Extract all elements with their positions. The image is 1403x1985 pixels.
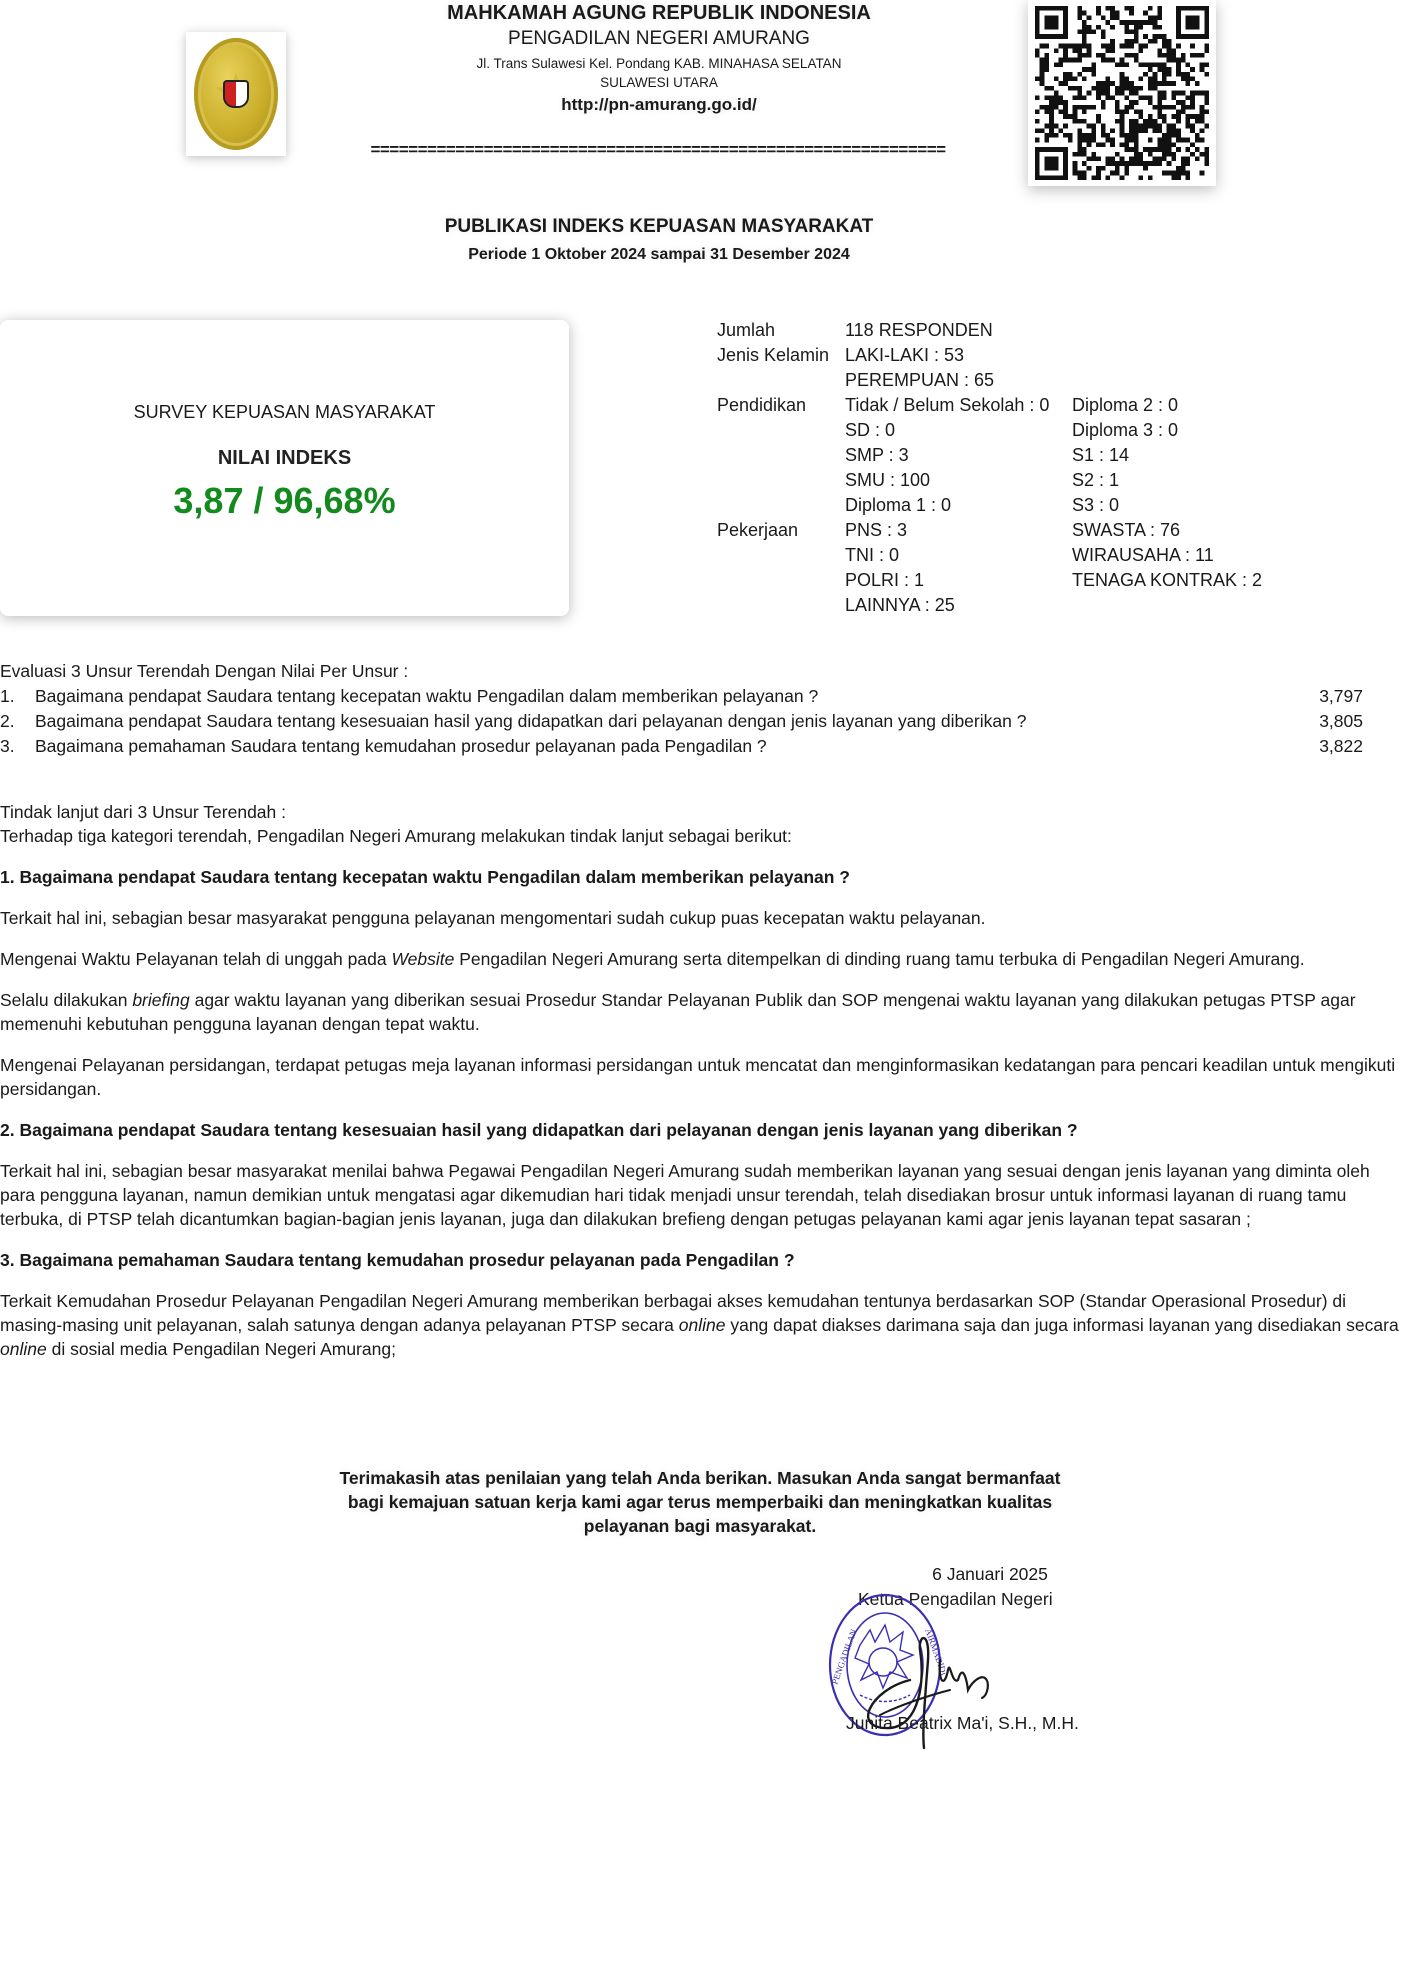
evaluation-heading: Evaluasi 3 Unsur Terendah Dengan Nilai P… <box>0 659 408 683</box>
page-period: Periode 1 Oktober 2024 sampai 31 Desembe… <box>300 246 1018 264</box>
education-label: Pendidikan <box>717 393 806 418</box>
institution-name: MAHKAMAH AGUNG REPUBLIK INDONESIA <box>300 0 1018 26</box>
education-item: Diploma 3 : 0 <box>1072 418 1178 443</box>
occupation-item: LAINNYA : 25 <box>845 593 955 618</box>
evaluation-question: Bagaimana pendapat Saudara tentang kecep… <box>35 684 818 708</box>
evaluation-number: 1. <box>0 684 15 708</box>
evaluation-score: 3,805 <box>1290 709 1363 733</box>
followup-section: Tindak lanjut dari 3 Unsur Terendah : Te… <box>0 800 1403 1361</box>
followup-paragraph: Terkait hal ini, sebagian besar masyarak… <box>0 906 1403 930</box>
court-name: PENGADILAN NEGERI AMURANG <box>300 27 1018 51</box>
index-value: 3,87 / 96,68% <box>0 480 569 522</box>
occupation-item: WIRAUSAHA : 11 <box>1072 543 1214 568</box>
gender-label: Jenis Kelamin <box>717 343 829 368</box>
occupation-item: POLRI : 1 <box>845 568 924 593</box>
education-item: S1 : 14 <box>1072 443 1129 468</box>
signer-name: Junita Beatrix Ma'i, S.H., M.H. <box>846 1713 1079 1734</box>
followup-paragraph: Selalu dilakukan briefing agar waktu lay… <box>0 988 1403 1036</box>
education-item: SD : 0 <box>845 418 895 443</box>
followup-question-2: 2. Bagaimana pendapat Saudara tentang ke… <box>0 1118 1403 1142</box>
occupation-item: TENAGA KONTRAK : 2 <box>1072 568 1262 593</box>
education-item: Diploma 1 : 0 <box>845 493 951 518</box>
index-label: NILAI INDEKS <box>0 447 569 470</box>
qr-code-icon <box>1028 0 1216 186</box>
mahkamah-agung-seal-icon <box>194 38 278 150</box>
court-logo <box>186 32 286 156</box>
evaluation-number: 2. <box>0 709 15 733</box>
address-line-1: Jl. Trans Sulawesi Kel. Pondang KAB. MIN… <box>300 55 1018 72</box>
education-item: Diploma 2 : 0 <box>1072 393 1178 418</box>
evaluation-question: Bagaimana pemahaman Saudara tentang kemu… <box>35 734 767 758</box>
survey-label: SURVEY KEPUASAN MASYARAKAT <box>0 402 569 423</box>
followup-question-3: 3. Bagaimana pemahaman Saudara tentang k… <box>0 1248 1403 1272</box>
occupation-label: Pekerjaan <box>717 518 798 543</box>
evaluation-number: 3. <box>0 734 15 758</box>
education-item: S3 : 0 <box>1072 493 1119 518</box>
total-label: Jumlah <box>717 318 775 343</box>
followup-intro: Terhadap tiga kategori terendah, Pengadi… <box>0 824 1403 848</box>
followup-paragraph: Terkait hal ini, sebagian besar masyarak… <box>0 1159 1403 1231</box>
education-item: S2 : 1 <box>1072 468 1119 493</box>
evaluation-score: 3,797 <box>1290 684 1363 708</box>
education-item: SMP : 3 <box>845 443 909 468</box>
followup-paragraph: Mengenai Pelayanan persidangan, terdapat… <box>0 1053 1403 1101</box>
thank-you-note: Terimakasih atas penilaian yang telah An… <box>330 1466 1070 1538</box>
index-card: SURVEY KEPUASAN MASYARAKAT NILAI INDEKS … <box>0 320 569 616</box>
occupation-item: TNI : 0 <box>845 543 899 568</box>
followup-paragraph: Terkait Kemudahan Prosedur Pelayanan Pen… <box>0 1289 1403 1361</box>
followup-paragraph: Mengenai Waktu Pelayanan telah di unggah… <box>0 947 1403 971</box>
evaluation-score: 3,822 <box>1290 734 1363 758</box>
followup-question-1: 1. Bagaimana pendapat Saudara tentang ke… <box>0 865 1403 889</box>
gender-female: PEREMPUAN : 65 <box>845 368 994 393</box>
signature-date: 6 Januari 2025 <box>880 1564 1100 1585</box>
header-separator: ========================================… <box>308 140 1008 160</box>
total-value: 118 RESPONDEN <box>845 318 993 343</box>
occupation-item: PNS : 3 <box>845 518 907 543</box>
website-link[interactable]: http://pn-amurang.go.id/ <box>300 94 1018 116</box>
evaluation-question: Bagaimana pendapat Saudara tentang keses… <box>35 709 1026 733</box>
education-item: SMU : 100 <box>845 468 930 493</box>
education-item: Tidak / Belum Sekolah : 0 <box>845 393 1049 418</box>
address-line-2: SULAWESI UTARA <box>300 74 1018 91</box>
occupation-item: SWASTA : 76 <box>1072 518 1180 543</box>
page-title: PUBLIKASI INDEKS KEPUASAN MASYARAKAT <box>300 216 1018 238</box>
gender-male: LAKI-LAKI : 53 <box>845 343 964 368</box>
followup-heading: Tindak lanjut dari 3 Unsur Terendah : <box>0 800 1403 824</box>
